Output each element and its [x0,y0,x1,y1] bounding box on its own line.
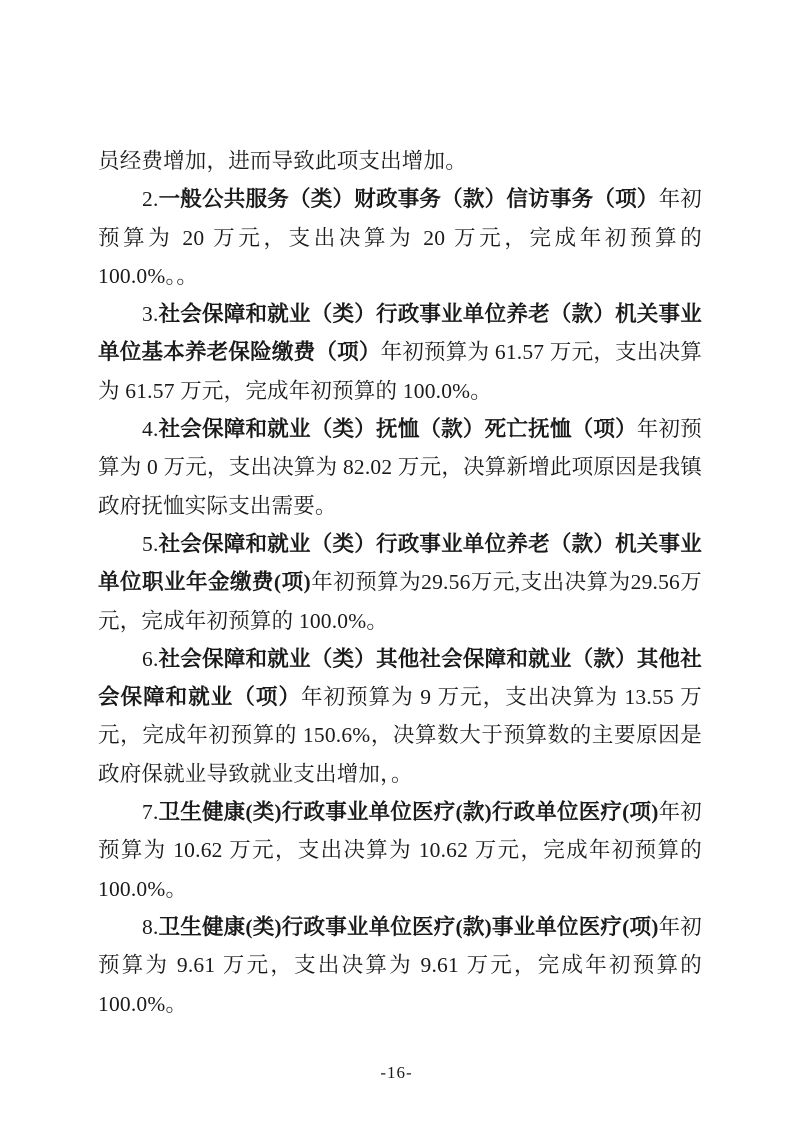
item-number: 5. [142,532,159,556]
item-number: 6. [142,647,159,671]
expense-item-title: 卫生健康(类)行政事业单位医疗(款)行政单位医疗(项) [159,800,659,824]
paragraph: 5.社会保障和就业（类）行政事业单位养老（款）机关事业单位职业年金缴费(项)年初… [98,525,702,640]
paragraph: 员经费增加，进而导致此项支出增加。 [98,142,702,180]
paragraph: 8.卫生健康(类)行政事业单位医疗(款)事业单位医疗(项)年初预算为 9.61 … [98,908,702,1023]
item-number: 8. [142,915,159,939]
item-number: 2. [142,187,159,211]
paragraph: 4.社会保障和就业（类）抚恤（款）死亡抚恤（项）年初预算为 0 万元，支出决算为… [98,410,702,525]
item-number: 3. [142,302,159,326]
expense-item-title: 卫生健康(类)行政事业单位医疗(款)事业单位医疗(项) [159,915,659,939]
expense-item-title: 一般公共服务（类）财政事务（款）信访事务（项） [159,187,659,211]
item-number: 4. [142,417,159,441]
paragraph: 6.社会保障和就业（类）其他社会保障和就业（款）其他社会保障和就业（项）年初预算… [98,640,702,793]
page-number: -16- [0,1063,793,1083]
document-page: 员经费增加，进而导致此项支出增加。2.一般公共服务（类）财政事务（款）信访事务（… [0,0,793,1122]
expense-item-title: 社会保障和就业（类）抚恤（款）死亡抚恤（项） [159,417,637,441]
paragraph-text: 员经费增加，进而导致此项支出增加。 [98,149,467,173]
paragraph: 2.一般公共服务（类）财政事务（款）信访事务（项）年初预算为 20 万元，支出决… [98,180,702,295]
paragraph: 3.社会保障和就业（类）行政事业单位养老（款）机关事业单位基本养老保险缴费（项）… [98,295,702,410]
item-number: 7. [142,800,159,824]
page-body: 员经费增加，进而导致此项支出增加。2.一般公共服务（类）财政事务（款）信访事务（… [98,142,702,1023]
paragraph: 7.卫生健康(类)行政事业单位医疗(款)行政单位医疗(项)年初预算为 10.62… [98,793,702,908]
